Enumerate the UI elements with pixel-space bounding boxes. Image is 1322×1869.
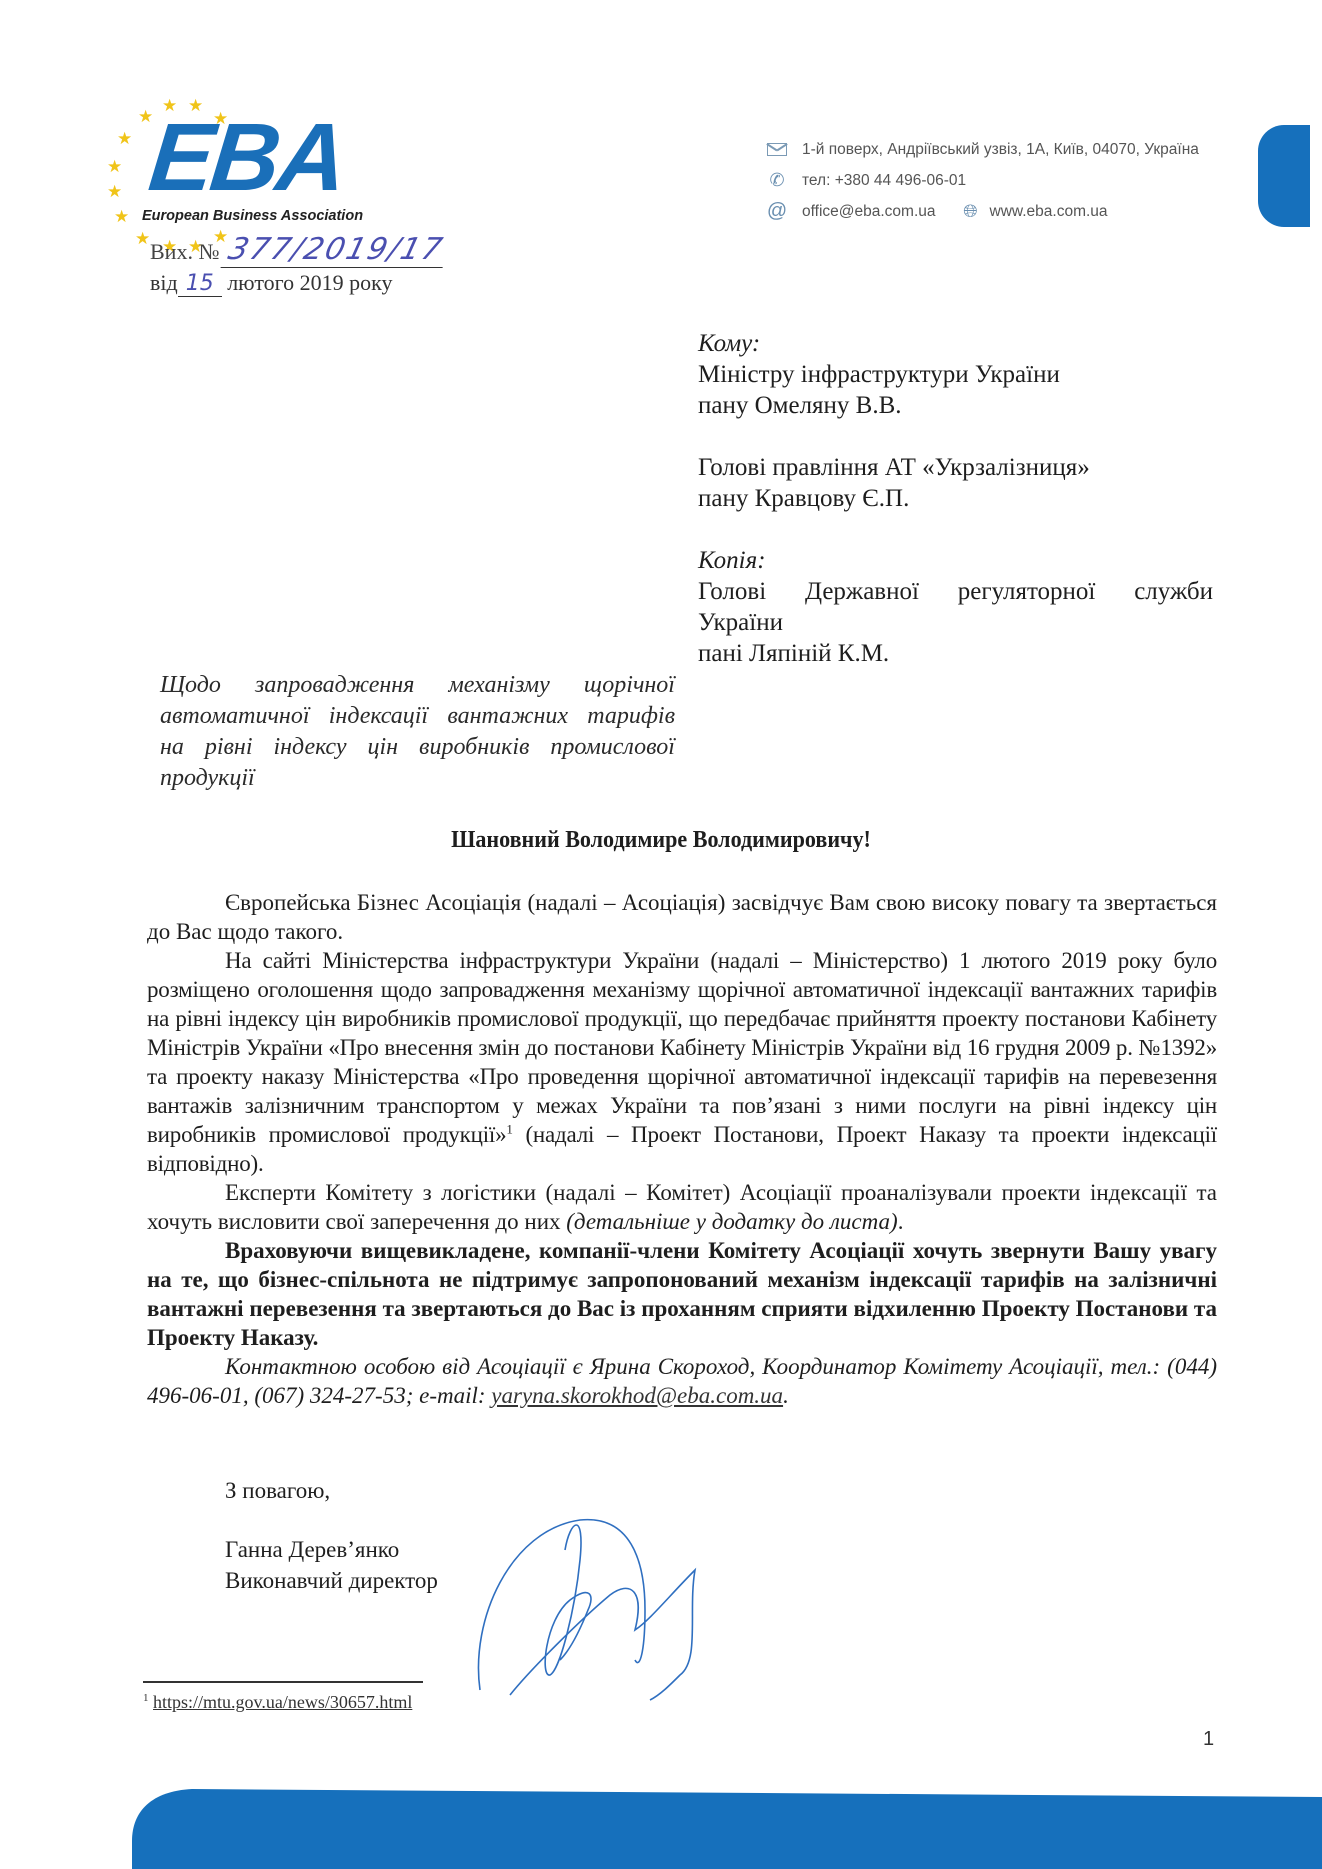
word: служби — [1134, 576, 1213, 607]
signer-block: Ганна Дерев’янко Виконавчий директор — [225, 1534, 438, 1596]
word: вантажних — [447, 701, 568, 732]
word: тарифів — [587, 701, 675, 732]
footnote-number: 1 — [143, 1692, 149, 1704]
contact-phone: ✆ тел: +380 44 496-06-01 — [766, 165, 1199, 196]
word: Державної — [805, 576, 919, 607]
footnote-link[interactable]: https://mtu.gov.ua/news/30657.html — [153, 1692, 412, 1712]
word: продукції — [160, 763, 255, 794]
greeting: Шановний Володимире Володимировичу! — [53, 827, 1269, 854]
word: щорічної — [584, 670, 675, 701]
outgoing-date: від15 лютого 2019 року — [150, 270, 393, 297]
envelope-icon — [766, 141, 788, 159]
recipient-2: Голові правління АТ «Укрзалізниця» пану … — [698, 452, 1213, 514]
word: індексації — [329, 701, 428, 732]
signer-name: Ганна Дерев’янко — [225, 1534, 438, 1565]
word: виробників — [419, 732, 529, 763]
phone-icon: ✆ — [766, 172, 788, 190]
paragraph: На сайті Міністерства інфраструктури Укр… — [147, 946, 1217, 1178]
paragraph: Експерти Комітету з логістики (надалі – … — [147, 1178, 1217, 1236]
word: індексу — [273, 732, 346, 763]
star-icon: ★ — [107, 183, 122, 200]
copy-recipient-position-cont: України — [698, 607, 1213, 638]
contact-web: @ office@eba.com.ua 🌐︎ www.eba.com.ua — [766, 196, 1199, 227]
footnote: 1 https://mtu.gov.ua/news/30657.html — [143, 1692, 412, 1713]
decorative-side-tab — [1258, 125, 1310, 227]
logo-subtitle: European Business Association — [142, 208, 363, 224]
star-icon: ★ — [135, 230, 150, 247]
word: регуляторної — [958, 576, 1096, 607]
star-icon: ★ — [107, 158, 122, 175]
to-label: Кому: — [698, 328, 1213, 359]
word: Щодо — [160, 670, 221, 701]
recipient-1: Міністру інфраструктури України пану Оме… — [698, 359, 1213, 421]
outgoing-number: Вих. № 377/2019/17 — [150, 232, 447, 268]
word: запровадження — [255, 670, 414, 701]
recipient-position: Міністру інфраструктури України — [698, 359, 1213, 390]
word: рівні — [205, 732, 253, 763]
star-icon: ★ — [117, 130, 132, 147]
contact-email-text[interactable]: office@eba.com.ua — [802, 203, 936, 221]
contact-phone-text: тел: +380 44 496-06-01 — [802, 172, 966, 190]
signer-title: Виконавчий директор — [225, 1565, 438, 1596]
outgoing-date-day: 15 — [178, 271, 222, 297]
star-icon: ★ — [213, 110, 228, 127]
logo-wordmark: EBA — [145, 110, 349, 206]
recipient-name: пану Кравцову Є.П. — [698, 483, 1213, 514]
contact-website-text[interactable]: www.eba.com.ua — [990, 203, 1108, 221]
recipient-name: пану Омеляну В.В. — [698, 390, 1213, 421]
contact-email-link[interactable]: yaryna.skorokhod@eba.com.ua — [491, 1383, 783, 1408]
contact-address-text: 1-й поверх, Андріївський узвіз, 1А, Київ… — [802, 141, 1199, 159]
paragraph: Європейська Бізнес Асоціація (надалі – А… — [147, 888, 1217, 946]
subject-line: Щодозапровадженнямеханізмущорічної — [160, 670, 675, 701]
handwritten-signature — [470, 1500, 730, 1710]
outgoing-date-rest: лютого 2019 року — [227, 270, 392, 295]
word: цін — [368, 732, 399, 763]
outgoing-date-prefix: від — [150, 270, 178, 295]
word: механізму — [448, 670, 549, 701]
recipient-position: Голові правління АТ «Укрзалізниця» — [698, 452, 1213, 483]
word: на — [160, 732, 184, 763]
at-icon: @ — [766, 203, 788, 221]
outgoing-number-label: Вих. № — [150, 239, 219, 264]
paragraph-request: Враховуючи вищевикладене, компанії-члени… — [147, 1236, 1217, 1352]
subject-line: продукції — [160, 763, 675, 794]
closing-regards: З повагою, — [225, 1475, 330, 1506]
paragraph-contact: Контактною особою від Асоціації є Ярина … — [147, 1352, 1217, 1410]
star-icon: ★ — [188, 97, 203, 114]
word: Голові — [698, 576, 766, 607]
copy-recipient-position: Голові Державної регуляторної служби — [698, 576, 1213, 607]
outgoing-number-value: 377/2019/17 — [220, 232, 451, 268]
word: промислової — [550, 732, 675, 763]
letter-body: Європейська Бізнес Асоціація (надалі – А… — [147, 888, 1217, 1410]
decorative-bottom-bar — [132, 1781, 1322, 1869]
page-number: 1 — [1203, 1728, 1214, 1751]
globe-icon: 🌐︎ — [960, 203, 982, 221]
subject-line: автоматичноїіндексаціївантажнихтарифів — [160, 701, 675, 732]
footnote-separator — [143, 1681, 423, 1683]
star-icon: ★ — [138, 108, 153, 125]
copy-recipient-name: пані Ляпіній К.М. — [698, 638, 1213, 669]
addressee-block: Кому: Міністру інфраструктури України па… — [698, 328, 1213, 669]
letter-subject: Щодозапровадженнямеханізмущорічноїавтома… — [160, 670, 675, 794]
word: автоматичної — [160, 701, 310, 732]
star-icon: ★ — [162, 97, 177, 114]
eba-logo: EBA European Business Association ★ ★ ★ … — [100, 80, 390, 240]
contact-address: 1-й поверх, Андріївський узвіз, 1А, Київ… — [766, 134, 1199, 165]
letterhead-contacts: 1-й поверх, Андріївський узвіз, 1А, Київ… — [766, 134, 1199, 227]
copy-label: Копія: — [698, 545, 1213, 576]
subject-line: нарівнііндексуцінвиробниківпромислової — [160, 732, 675, 763]
star-icon: ★ — [114, 208, 129, 225]
